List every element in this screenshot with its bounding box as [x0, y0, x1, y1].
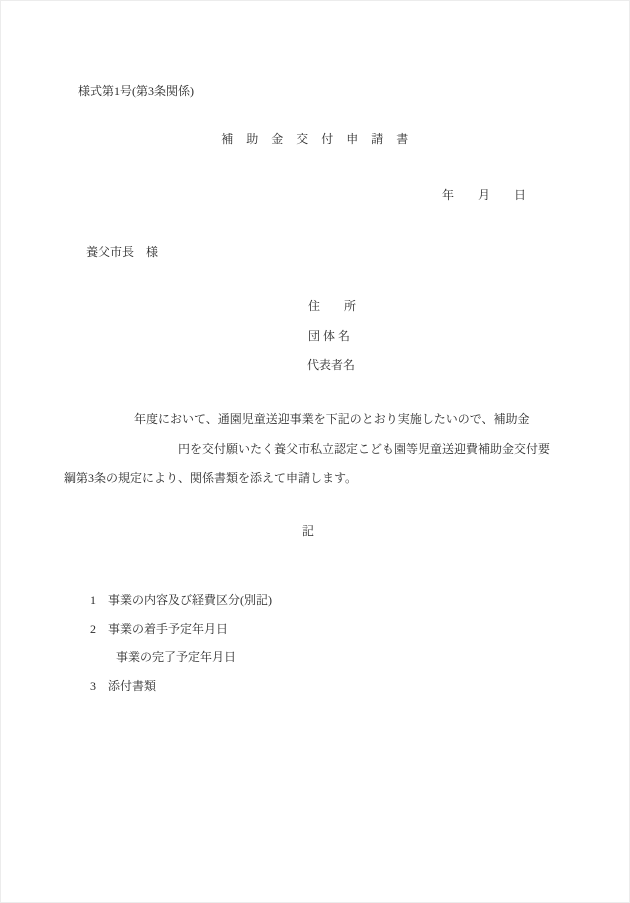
document-title: 補 助 金 交 付 申 請 書: [64, 133, 566, 145]
list-item-number: 2: [90, 623, 108, 635]
application-form-page: 様式第1号(第3条関係) 補 助 金 交 付 申 請 書 年 月 日 養父市長 …: [0, 0, 630, 903]
group-name-label: 団 体 名: [308, 330, 350, 342]
record-marker: 記: [302, 525, 314, 537]
list-item-text: 添付書類: [108, 679, 156, 693]
list-item-number: 1: [90, 594, 108, 606]
representative-label: 代表者名: [307, 359, 355, 371]
body-line-3: 綱第3条の規定により、関係書類を添えて申請します。: [64, 472, 357, 484]
body-line-1: 年度において、通園児童送迎事業を下記のとおり実施したいので、補助金: [134, 413, 530, 425]
list-item-number: 3: [90, 680, 108, 692]
date-line: 年 月 日: [442, 189, 526, 201]
list-item-text: 事業の内容及び経費区分(別記): [108, 593, 272, 607]
list-item-text: 事業の完了予定年月日: [116, 650, 236, 664]
addressee: 養父市長 様: [86, 246, 158, 258]
list-item-3: 3添付書類: [78, 668, 156, 704]
list-item-text: 事業の着手予定年月日: [108, 622, 228, 636]
body-line-2: 円を交付願いたく養父市私立認定こども園等児童送迎費補助金交付要: [178, 443, 550, 455]
form-number: 様式第1号(第3条関係): [78, 85, 194, 97]
address-label: 住 所: [308, 300, 356, 312]
